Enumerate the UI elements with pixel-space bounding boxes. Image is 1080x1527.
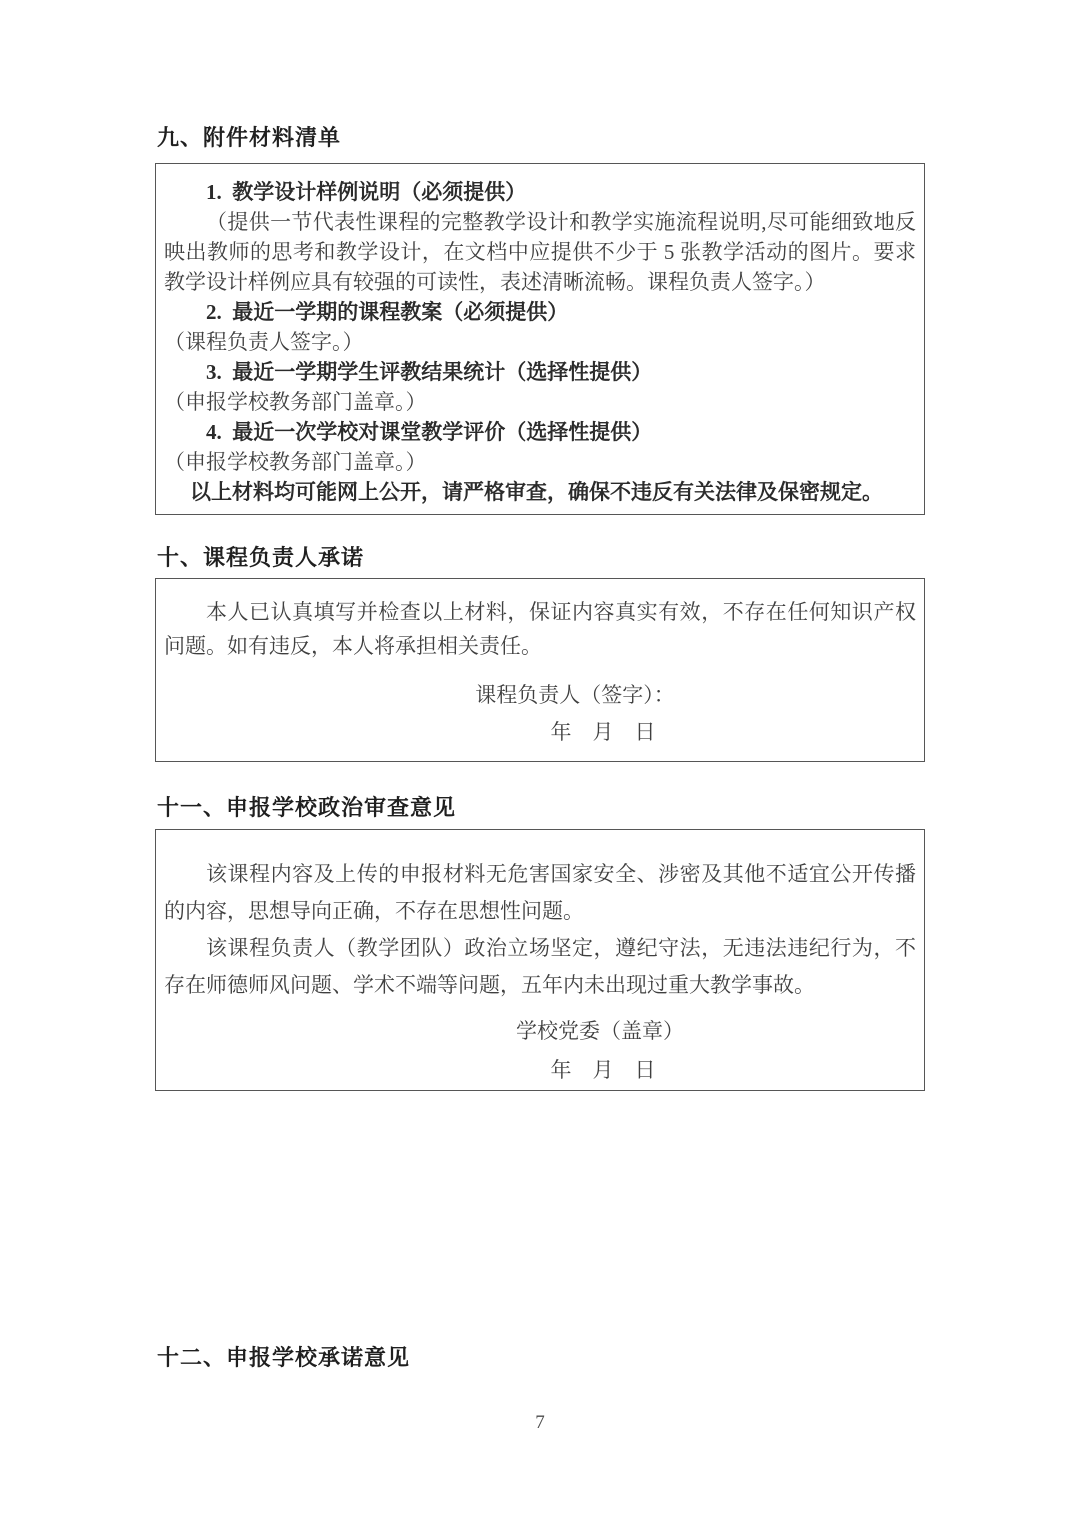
attachment-item-1-note: （提供一节代表性课程的完整教学设计和教学实施流程说明,尽可能细致地反映出教师的思… bbox=[164, 207, 916, 297]
school-date-line: 年 月 日 bbox=[290, 1052, 916, 1089]
attachment-item-4-note: （申报学校教务部门盖章。） bbox=[164, 447, 916, 477]
document-page: 九、附件材料清单 1. 教学设计样例说明（必须提供） （提供一节代表性课程的完整… bbox=[0, 0, 1080, 1527]
attachment-item-1-title: 1. 教学设计样例说明（必须提供） bbox=[164, 177, 916, 207]
attachment-item-3-title: 3. 最近一学期学生评教结果统计（选择性提供） bbox=[164, 357, 916, 387]
political-review-box: 该课程内容及上传的申报材料无危害国家安全、涉密及其他不适宜公开传播的内容，思想导… bbox=[155, 829, 925, 1091]
section-12-heading: 十二、申报学校承诺意见 bbox=[157, 1344, 410, 1372]
page-number: 7 bbox=[0, 1412, 1080, 1434]
political-review-para-2: 该课程负责人（教学团队）政治立场坚定，遵纪守法，无违法违纪行为，不存在师德师风问… bbox=[164, 930, 916, 1004]
school-seal-label: 学校党委（盖章） bbox=[284, 1013, 916, 1050]
attachment-item-2-note: （课程负责人签字。） bbox=[164, 327, 916, 357]
leader-promise-body: 本人已认真填写并检查以上材料，保证内容真实有效，不存在任何知识产权问题。如有违反… bbox=[164, 595, 916, 663]
attachment-item-2-title: 2. 最近一学期的课程教案（必须提供） bbox=[164, 297, 916, 327]
section-9-heading: 九、附件材料清单 bbox=[157, 124, 341, 152]
attachment-item-4-title: 4. 最近一次学校对课堂教学评价（选择性提供） bbox=[164, 417, 916, 447]
political-review-para-1: 该课程内容及上传的申报材料无危害国家安全、涉密及其他不适宜公开传播的内容，思想导… bbox=[164, 856, 916, 930]
section-11-heading: 十一、申报学校政治审查意见 bbox=[157, 794, 456, 822]
section-10-heading: 十、课程负责人承诺 bbox=[157, 544, 364, 572]
leader-date-line: 年 月 日 bbox=[290, 715, 916, 749]
leader-signature-label: 课程负责人（签字）： bbox=[234, 678, 916, 712]
leader-promise-box: 本人已认真填写并检查以上材料，保证内容真实有效，不存在任何知识产权问题。如有违反… bbox=[155, 578, 925, 762]
attachments-warning: 以上材料均可能网上公开，请严格审查，确保不违反有关法律及保密规定。 bbox=[164, 477, 916, 507]
attachments-box: 1. 教学设计样例说明（必须提供） （提供一节代表性课程的完整教学设计和教学实施… bbox=[155, 163, 925, 515]
attachment-item-3-note: （申报学校教务部门盖章。） bbox=[164, 387, 916, 417]
